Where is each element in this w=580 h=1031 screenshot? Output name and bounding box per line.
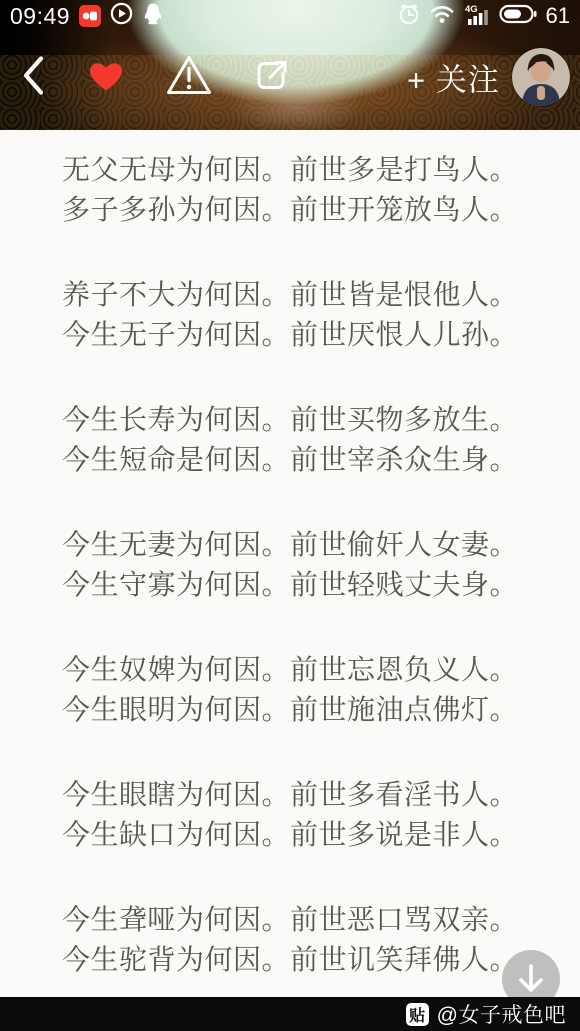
poem-line: 今生缺口为何因。前世多说是非人。 [0, 815, 580, 855]
poem-line: 今生无子为何因。前世厌恨人儿孙。 [0, 315, 580, 355]
arrow-down-icon [516, 963, 546, 995]
status-bar: 09:49 4G [0, 0, 580, 30]
alarm-icon [398, 3, 420, 30]
share-button[interactable] [251, 55, 293, 100]
poem-line: 今生无妻为何因。前世偷奸人女妻。 [0, 525, 580, 565]
watermark-bar: 贴 @女子戒色吧 [0, 997, 580, 1031]
tieba-badge-icon: 贴 [406, 1003, 429, 1026]
kuaishou-icon [79, 5, 101, 27]
poem-block: 无父无母为何因。前世多是打鸟人。多子多孙为何因。前世开笼放鸟人。 [0, 150, 580, 230]
nav-bar: + 关注 [0, 46, 580, 108]
signal-icon: 4G [464, 3, 490, 30]
header-photo: 09:49 4G [0, 0, 580, 130]
poem-line: 养子不大为何因。前世皆是恨他人。 [0, 275, 580, 315]
poem-line: 今生长寿为何因。前世买物多放生。 [0, 400, 580, 440]
poem-line: 今生聋哑为何因。前世恶口骂双亲。 [0, 900, 580, 940]
poem-block: 今生无妻为何因。前世偷奸人女妻。今生守寡为何因。前世轻贱丈夫身。 [0, 525, 580, 605]
poem-block: 养子不大为何因。前世皆是恨他人。今生无子为何因。前世厌恨人儿孙。 [0, 275, 580, 355]
poem-block: 今生眼瞎为何因。前世多看淫书人。今生缺口为何因。前世多说是非人。 [0, 775, 580, 855]
battery-percent: 61 [546, 3, 570, 29]
back-button[interactable] [20, 55, 46, 100]
like-button[interactable] [86, 58, 126, 97]
poem-line: 今生眼明为何因。前世施油点佛灯。 [0, 690, 580, 730]
wifi-icon [429, 3, 455, 29]
share-icon [251, 55, 293, 97]
clock-time: 09:49 [10, 3, 70, 30]
poem-content: 无父无母为何因。前世多是打鸟人。多子多孙为何因。前世开笼放鸟人。养子不大为何因。… [0, 130, 580, 997]
report-button[interactable] [165, 54, 213, 101]
poem-line: 今生短命是何因。前世宰杀众生身。 [0, 440, 580, 480]
poem-line: 无父无母为何因。前世多是打鸟人。 [0, 150, 580, 190]
screen: 09:49 4G [0, 0, 580, 1031]
poem-line: 今生眼瞎为何因。前世多看淫书人。 [0, 775, 580, 815]
poem-line: 多子多孙为何因。前世开笼放鸟人。 [0, 190, 580, 230]
avatar[interactable] [512, 48, 570, 106]
poem-container: 无父无母为何因。前世多是打鸟人。多子多孙为何因。前世开笼放鸟人。养子不大为何因。… [0, 150, 580, 980]
play-icon [110, 2, 133, 30]
heart-icon [86, 58, 126, 94]
watermark-handle: @女子戒色吧 [437, 999, 566, 1029]
battery-icon [499, 4, 537, 29]
poem-block: 今生奴婢为何因。前世忘恩负义人。今生眼明为何因。前世施油点佛灯。 [0, 650, 580, 730]
status-bar-right: 4G 61 [398, 3, 570, 30]
poem-block: 今生长寿为何因。前世买物多放生。今生短命是何因。前世宰杀众生身。 [0, 400, 580, 480]
network-type-label: 4G [465, 4, 478, 15]
status-bar-left: 09:49 [10, 2, 164, 30]
warning-icon [165, 54, 213, 98]
poem-line: 今生守寡为何因。前世轻贱丈夫身。 [0, 565, 580, 605]
follow-button[interactable]: + 关注 [407, 55, 500, 100]
poem-line: 今生奴婢为何因。前世忘恩负义人。 [0, 650, 580, 690]
poem-block: 今生聋哑为何因。前世恶口骂双亲。今生驼背为何因。前世讥笑拜佛人。 [0, 900, 580, 980]
poem-line: 今生驼背为何因。前世讥笑拜佛人。 [0, 940, 580, 980]
back-icon [20, 55, 46, 97]
qq-icon [142, 2, 164, 30]
